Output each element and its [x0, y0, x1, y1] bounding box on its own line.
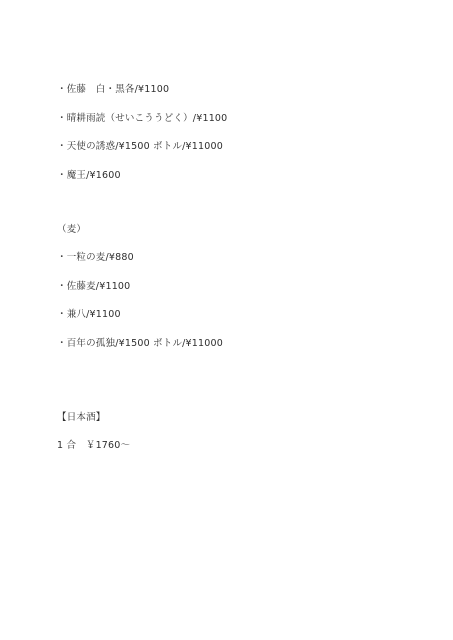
menu-item-kanehachi: ・兼八/¥1100 — [57, 309, 433, 321]
section-heading-mugi: （麦） — [57, 224, 433, 236]
menu-item-satomugi: ・佐藤麦/¥1100 — [57, 281, 433, 293]
nihonshu-price-line: 1 合 ￥1760～ — [57, 440, 433, 452]
menu-item-hyakunen: ・百年の孤独/¥1500 ボトル/¥11000 — [57, 338, 433, 350]
menu-item-maou: ・魔王/¥1600 — [57, 170, 433, 182]
menu-item-tenshi: ・天使の誘惑/¥1500 ボトル/¥11000 — [57, 141, 433, 153]
menu-item-seikouudoku: ・晴耕雨読（せいこううどく）/¥1100 — [57, 113, 433, 125]
section-heading-nihonshu: 【日本酒】 — [57, 412, 433, 424]
menu-item-sato: ・佐藤 白・黒各/¥1100 — [57, 84, 433, 96]
menu-item-hitotsubu: ・一粒の麦/¥880 — [57, 252, 433, 264]
document-page: ・佐藤 白・黒各/¥1100 ・晴耕雨読（せいこううどく）/¥1100 ・天使の… — [0, 0, 453, 640]
